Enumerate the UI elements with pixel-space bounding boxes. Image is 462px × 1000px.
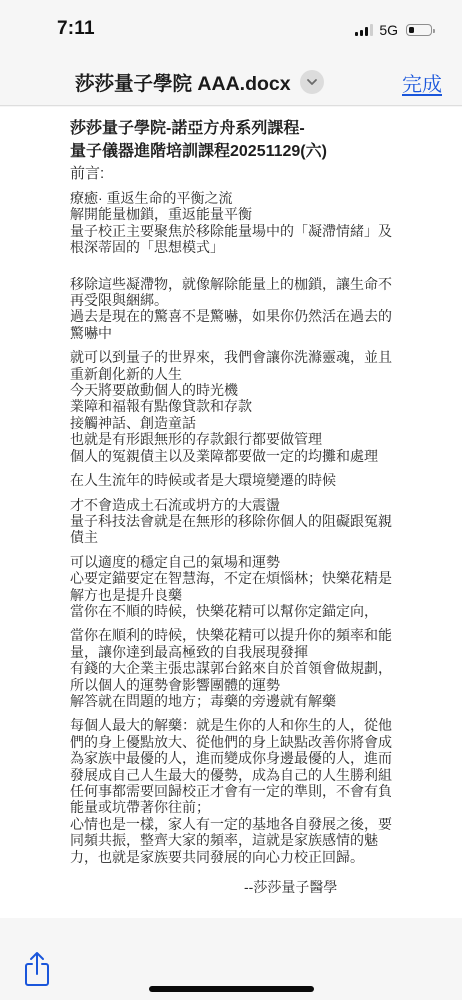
text-line: 也就是有形跟無形的存款銀行都要做管理 — [70, 431, 450, 447]
document-signature: --莎莎量子醫學 — [244, 877, 337, 897]
text-line: 在人生流年的時候或者是大環境變遷的時候 — [70, 472, 450, 488]
text-line: 力，也就是家族要共同發展的向心力校正回歸。 — [70, 849, 450, 865]
text-line: 有錢的大企業主張忠謀郭台銘來自於首領會做規劃， — [70, 660, 450, 676]
text-line: 可以適度的穩定自己的氣場和運勢 — [70, 554, 450, 570]
text-line: 量子科技法會就是在無形的移除你個人的阻礙跟冤親 — [70, 513, 450, 529]
network-type-label: 5G — [379, 22, 398, 38]
text-line: 就可以到量子的世界來，我們會讓你洗滌靈魂，並且 — [70, 349, 450, 365]
share-icon — [22, 950, 52, 988]
paragraph: 可以適度的穩定自己的氣場和運勢 心要定錨要定在智慧海，不定在煩惱林；快樂花精是 … — [70, 554, 450, 620]
document-title-menu[interactable]: 莎莎量子學院 AAA.docx — [75, 68, 324, 96]
paragraph: 療癒· 重返生命的平衡之流 解開能量枷鎖，重返能量平衡 量子校正主要聚焦於移除能… — [70, 190, 450, 256]
text-line: 個人的冤親債主以及業障都要做一定的均攤和處理 — [70, 448, 450, 464]
battery-icon — [406, 24, 432, 36]
document-title: 莎莎量子學院 AAA.docx — [75, 68, 291, 96]
text-line: 療癒· 重返生命的平衡之流 — [70, 190, 450, 206]
text-line: 根深蒂固的「思想模式」 — [70, 239, 450, 255]
text-line: 重新創化新的人生 — [70, 366, 450, 382]
text-line: 債主 — [70, 529, 450, 545]
document-heading: 莎莎量子學院-諾亞方舟系列課程- 量子儀器進階培訓課程20251129(六) — [70, 117, 450, 163]
paragraph: 在人生流年的時候或者是大環境變遷的時候 — [70, 472, 450, 488]
text-line: 再受限與綑綁。 — [70, 292, 450, 308]
chevron-down-icon[interactable] — [300, 70, 324, 94]
text-line: 今天將要啟動個人的時光機 — [70, 382, 450, 398]
text-line: 當你在順利的時候，快樂花精可以提升你的頻率和能 — [70, 627, 450, 643]
cellular-signal-icon — [355, 24, 373, 36]
bottom-toolbar — [0, 918, 462, 1000]
text-line: 移除這些凝滯物，就像解除能量上的枷鎖，讓生命不 — [70, 276, 450, 292]
text-line: 所以個人的運勢會影響團體的運勢 — [70, 677, 450, 693]
text-line: 們的身上優點放大、從他們的身上缺點改善你將會成 — [70, 734, 450, 750]
text-line: 心要定錨要定在智慧海，不定在煩惱林；快樂花精是 — [70, 570, 450, 586]
done-button[interactable]: 完成 — [402, 68, 442, 97]
preface-label: 前言: — [70, 164, 450, 184]
paragraph: 移除這些凝滯物，就像解除能量上的枷鎖，讓生命不 再受限與綑綁。 過去是現在的驚喜… — [70, 276, 450, 342]
text-line: 過去是現在的驚喜不是驚嚇，如果你仍然活在過去的 — [70, 308, 450, 324]
text-line: 解開能量枷鎖，重返能量平衡 — [70, 206, 450, 222]
share-button[interactable] — [22, 950, 52, 988]
paragraph: 才不會造成土石流或坍方的大震盪 量子科技法會就是在無形的移除你個人的阻礙跟冤親 … — [70, 497, 450, 546]
navigation-bar: 莎莎量子學院 AAA.docx 完成 — [0, 56, 462, 106]
paragraph: 當你在順利的時候，快樂花精可以提升你的頻率和能 量，讓你達到最高極致的自我展現發… — [70, 627, 450, 709]
text-line: 接觸神話、創造童話 — [70, 415, 450, 431]
text-line: 解方也是提升良藥 — [70, 587, 450, 603]
document-body: 莎莎量子學院-諾亞方舟系列課程- 量子儀器進階培訓課程20251129(六) 前… — [70, 117, 450, 865]
text-line: 同頻共振，整齊大家的頻率，這就是家族感情的魅 — [70, 832, 450, 848]
document-page[interactable]: 莎莎量子學院-諾亞方舟系列課程- 量子儀器進階培訓課程20251129(六) 前… — [0, 107, 462, 918]
text-line: 驚嚇中 — [70, 325, 450, 341]
document-preview-screen: 7:11 5G 莎莎量子學院 AAA.docx 完成 莎莎量子學院-諾 — [0, 0, 462, 1000]
status-bar: 7:11 5G — [0, 0, 462, 50]
heading-line: 量子儀器進階培訓課程20251129(六) — [70, 140, 450, 163]
text-line: 為家族中最優的人，進而變成你身邊最優的人，進而 — [70, 750, 450, 766]
status-time: 7:11 — [57, 18, 95, 40]
paragraph: 就可以到量子的世界來，我們會讓你洗滌靈魂，並且 重新創化新的人生 今天將要啟動個… — [70, 349, 450, 464]
text-line: 業障和福報有點像貸款和存款 — [70, 398, 450, 414]
text-line: 任何事都需要回歸校正才會有一定的準則，不會有負 — [70, 783, 450, 799]
battery-level — [409, 27, 414, 34]
text-line: 每個人最大的解藥：就是生你的人和你生的人，從他 — [70, 717, 450, 733]
status-indicators: 5G — [355, 22, 432, 38]
paragraph: 每個人最大的解藥：就是生你的人和你生的人，從他 們的身上優點放大、從他們的身上缺… — [70, 717, 450, 865]
text-line: 發展成自己人生最大的優勢，成為自己的人生勝利組 — [70, 767, 450, 783]
heading-line: 莎莎量子學院-諾亞方舟系列課程- — [70, 117, 450, 140]
text-line: 才不會造成土石流或坍方的大震盪 — [70, 497, 450, 513]
text-line: 解答就在問題的地方；毒藥的旁邊就有解藥 — [70, 693, 450, 709]
text-line: 能量或坑帶著你往前； — [70, 799, 450, 815]
text-line: 心情也是一樣，家人有一定的基地各自發展之後，要 — [70, 816, 450, 832]
text-line: 量，讓你達到最高極致的自我展現發揮 — [70, 644, 450, 660]
text-line: 當你在不順的時候，快樂花精可以幫你定錨定向， — [70, 603, 450, 619]
text-line: 量子校正主要聚焦於移除能量場中的「凝滯情緒」及 — [70, 223, 450, 239]
home-indicator[interactable] — [149, 986, 314, 992]
